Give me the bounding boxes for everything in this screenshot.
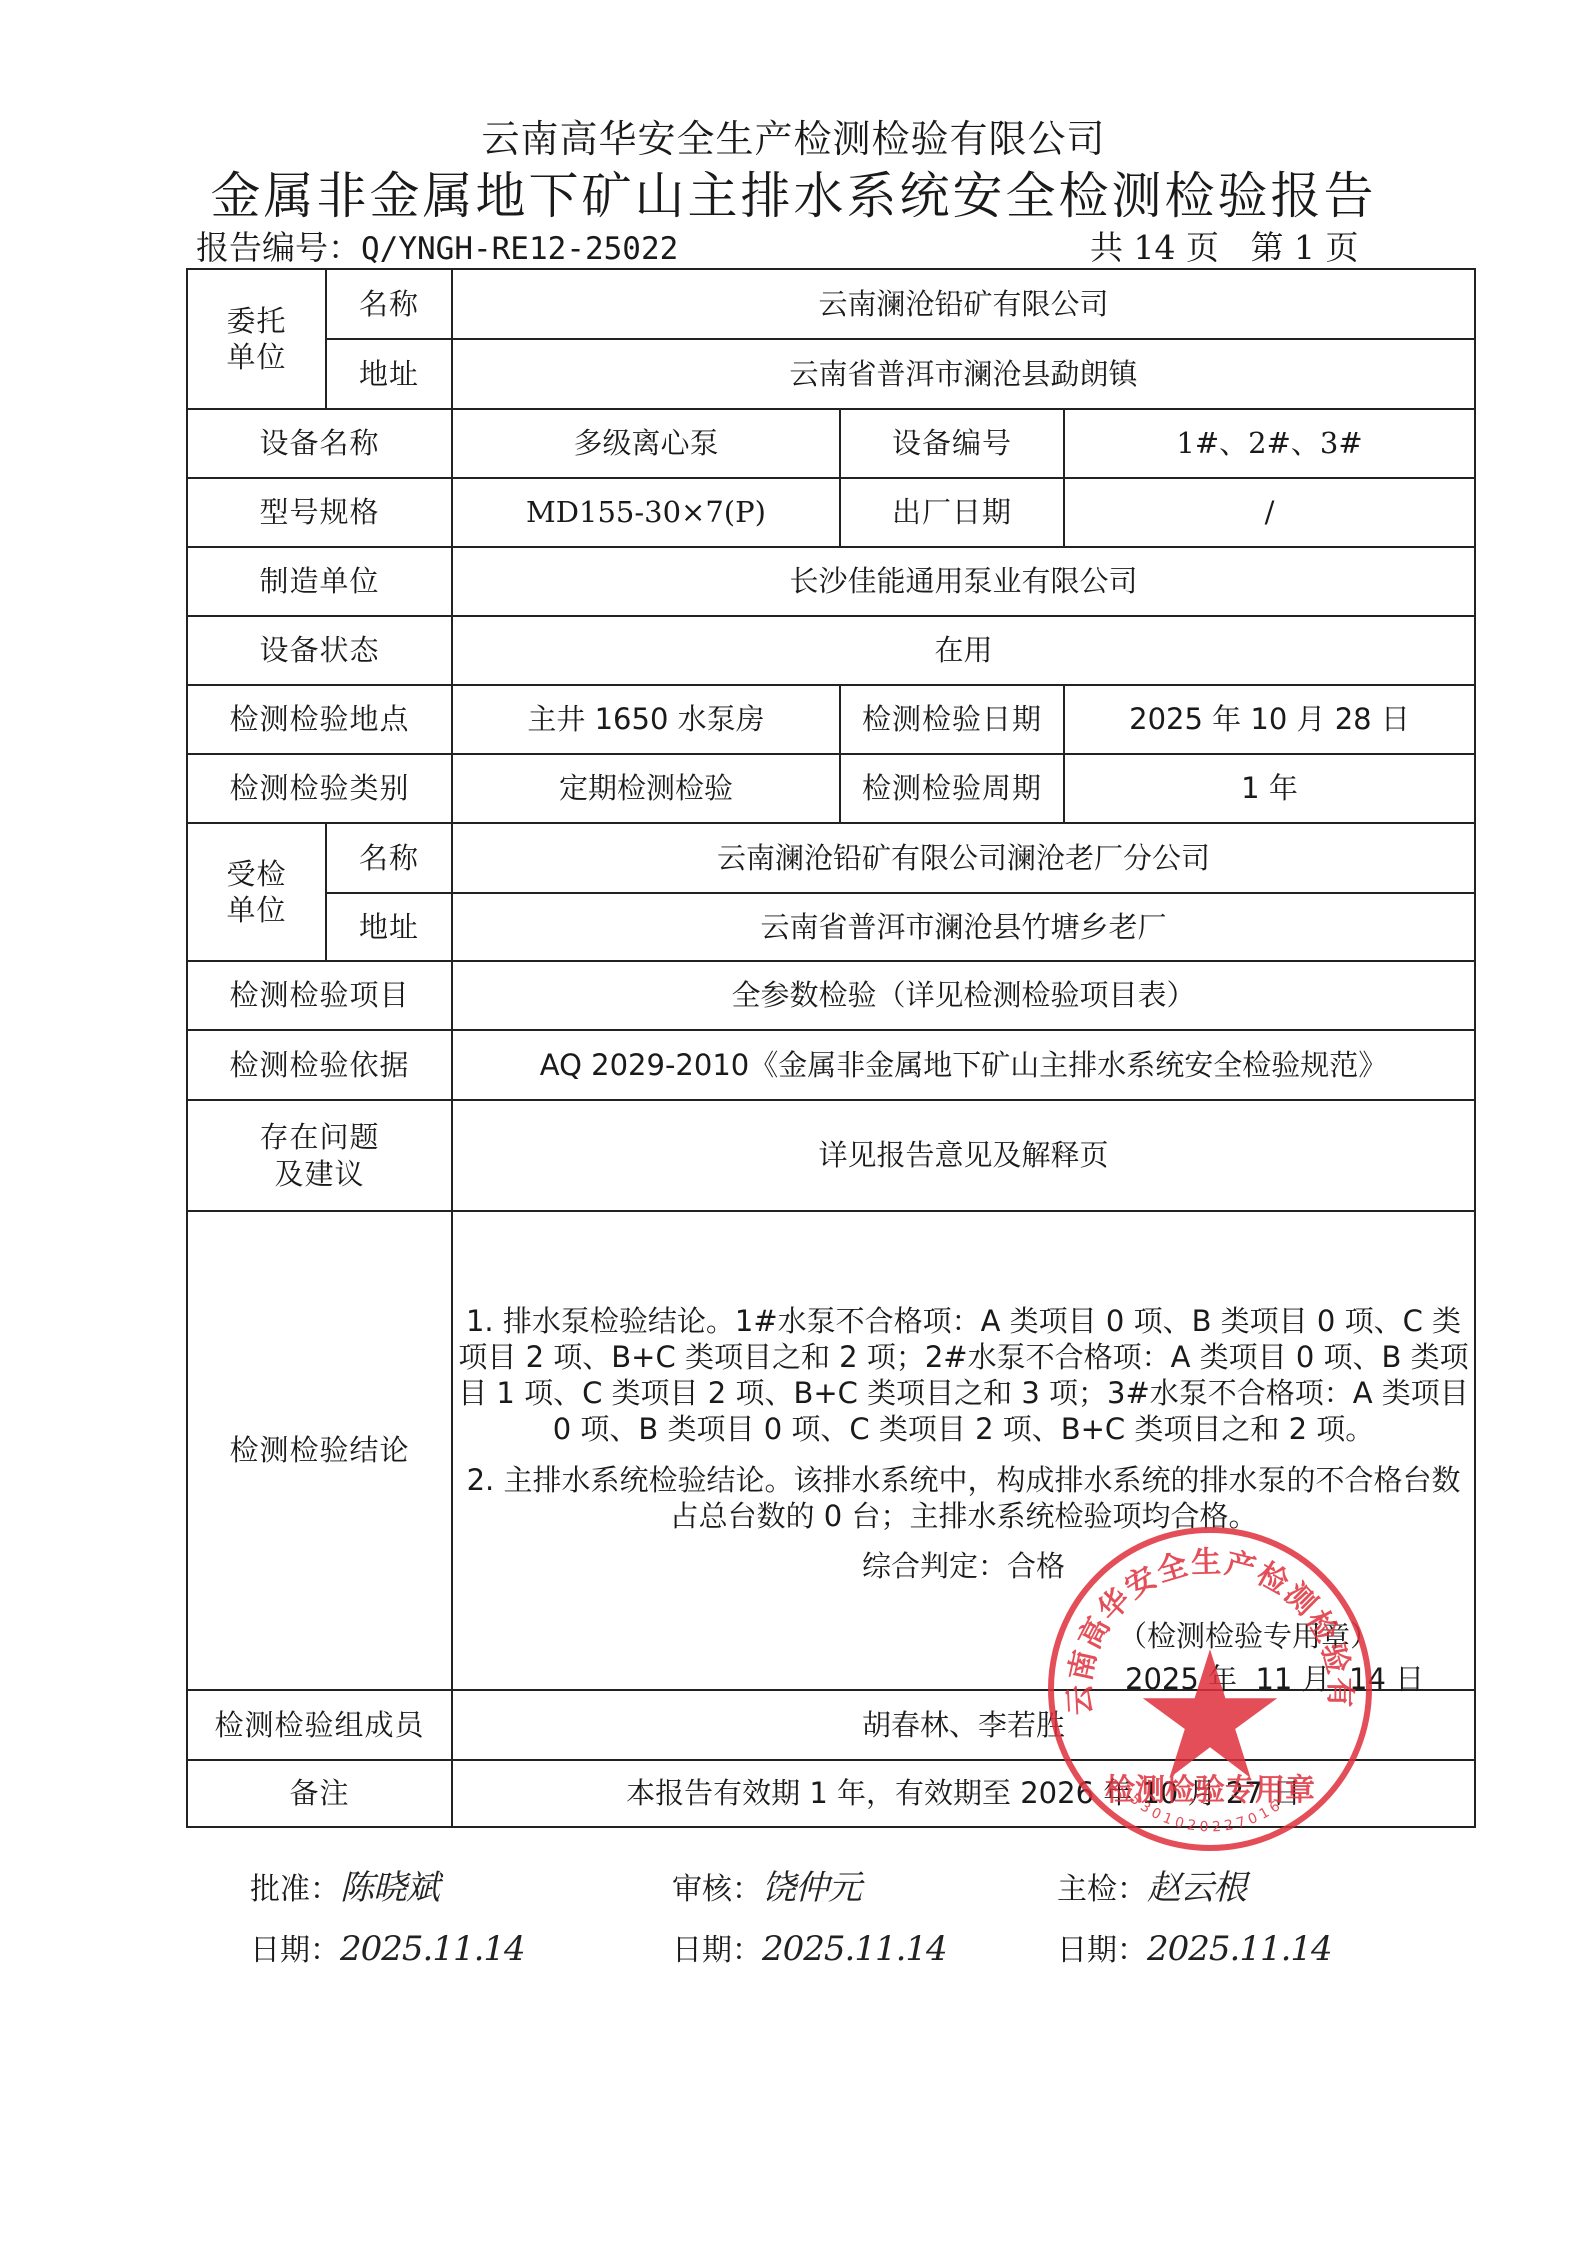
inspection-items: 全参数检验（详见检测检验项目表） xyxy=(452,961,1475,1030)
page-indicator: 共 14 页 第 1 页 xyxy=(1090,222,1358,269)
chief-signature: 主检：赵云根 xyxy=(1057,1860,1246,1909)
chief-date-row: 日期：2025.11.14 xyxy=(1057,1925,1332,1969)
client-address-label: 地址 xyxy=(326,339,452,409)
equipment-status: 在用 xyxy=(452,616,1475,685)
client-group-label: 委托单位 xyxy=(187,269,326,409)
issues-label: 存在问题及建议 xyxy=(187,1100,452,1211)
basis-label: 检测检验依据 xyxy=(187,1030,452,1100)
approve-date-label: 日期： xyxy=(250,1933,340,1968)
inspection-site-label: 检测检验地点 xyxy=(187,685,452,754)
chief-date-label: 日期： xyxy=(1057,1933,1147,1968)
team-label: 检测检验组成员 xyxy=(187,1690,452,1760)
model-label: 型号规格 xyxy=(187,478,452,547)
equipment-no-label: 设备编号 xyxy=(840,409,1064,478)
review-label: 审核： xyxy=(672,1872,762,1907)
report-number: 报告编号：Q/YNGH-RE12-25022 xyxy=(196,222,678,269)
stamp-date: 2025 年 11 月 14 日 xyxy=(1125,1657,1424,1698)
remark: 本报告有效期 1 年，有效期至 2026 年 10 月 27 日 xyxy=(452,1760,1475,1827)
status-label: 设备状态 xyxy=(187,616,452,685)
inspected-group-label: 受检单位 xyxy=(187,823,326,961)
total-pages-suffix: 页 xyxy=(1186,228,1219,267)
inspection-basis: AQ 2029-2010《金属非金属地下矿山主排水系统安全检验规范》 xyxy=(452,1030,1475,1100)
equipment-no: 1#、2#、3# xyxy=(1064,409,1475,478)
inspected-address: 云南省普洱市澜沧县竹塘乡老厂 xyxy=(452,893,1475,961)
approve-date-row: 日期：2025.11.14 xyxy=(250,1925,525,1969)
items-label: 检测检验项目 xyxy=(187,961,452,1030)
manufacturer-label: 制造单位 xyxy=(187,547,452,616)
equipment-name: 多级离心泵 xyxy=(452,409,840,478)
equipment-name-label: 设备名称 xyxy=(187,409,452,478)
approve-signature: 批准：陈晓斌 xyxy=(250,1860,439,1909)
review-date-label: 日期： xyxy=(672,1933,762,1968)
total-pages: 14 xyxy=(1134,228,1176,267)
review-signature: 审核：饶仲元 xyxy=(672,1860,861,1909)
current-page-prefix: 第 xyxy=(1250,228,1283,267)
inspected-name-label: 名称 xyxy=(326,823,452,893)
review-date: 2025.11.14 xyxy=(762,1929,947,1969)
company-name: 云南高华安全生产检测检验有限公司 xyxy=(0,108,1587,163)
manufacture-date-label: 出厂日期 xyxy=(840,478,1064,547)
model-spec: MD155-30×7(P) xyxy=(452,478,840,547)
client-address: 云南省普洱市澜沧县勐朗镇 xyxy=(452,339,1475,409)
review-date-row: 日期：2025.11.14 xyxy=(672,1925,947,1969)
inspection-cycle: 1 年 xyxy=(1064,754,1475,823)
approve-date: 2025.11.14 xyxy=(340,1929,525,1969)
report-number-label: 报告编号： xyxy=(196,228,361,267)
inspection-date: 2025 年 10 月 28 日 xyxy=(1064,685,1475,754)
chief-date: 2025.11.14 xyxy=(1147,1929,1332,1969)
client-name-label: 名称 xyxy=(326,269,452,339)
overall-judgement: 综合判定：合格 xyxy=(453,1548,1474,1584)
inspection-cycle-label: 检测检验周期 xyxy=(840,754,1064,823)
report-table: 委托单位 名称 云南澜沧铅矿有限公司 地址 云南省普洱市澜沧县勐朗镇 设备名称 … xyxy=(186,268,1476,1828)
inspection-site: 主井 1650 水泵房 xyxy=(452,685,840,754)
chief-label: 主检： xyxy=(1057,1872,1147,1907)
chief-signature-name: 赵云根 xyxy=(1147,1868,1246,1908)
inspection-date-label: 检测检验日期 xyxy=(840,685,1064,754)
manufacturer: 长沙佳能通用泵业有限公司 xyxy=(452,547,1475,616)
remark-label: 备注 xyxy=(187,1760,452,1827)
client-name: 云南澜沧铅矿有限公司 xyxy=(452,269,1475,339)
current-page-suffix: 页 xyxy=(1325,228,1358,267)
inspected-address-label: 地址 xyxy=(326,893,452,961)
stamp-note: （检测检验专用章） xyxy=(1118,1614,1379,1655)
approve-signature-name: 陈晓斌 xyxy=(340,1868,439,1908)
conclusion-system: 2. 主排水系统检验结论。该排水系统中，构成排水系统的排水泵的不合格台数占总台数… xyxy=(453,1462,1474,1535)
current-page: 1 xyxy=(1294,228,1315,267)
inspection-team: 胡春林、李若胜 xyxy=(452,1690,1475,1760)
conclusion-pump: 1. 排水泵检验结论。1#水泵不合格项：A 类项目 0 项、B 类项目 0 项、… xyxy=(453,1303,1474,1448)
issues-and-suggestions: 详见报告意见及解释页 xyxy=(452,1100,1475,1211)
inspected-name: 云南澜沧铅矿有限公司澜沧老厂分公司 xyxy=(452,823,1475,893)
conclusion-label: 检测检验结论 xyxy=(187,1211,452,1690)
manufacture-date: / xyxy=(1064,478,1475,547)
review-signature-name: 饶仲元 xyxy=(762,1868,861,1908)
approve-label: 批准： xyxy=(250,1872,340,1907)
inspection-type-label: 检测检验类别 xyxy=(187,754,452,823)
report-number-value: Q/YNGH-RE12-25022 xyxy=(361,231,678,267)
report-title: 金属非金属地下矿山主排水系统安全检测检验报告 xyxy=(0,156,1587,228)
inspection-type: 定期检测检验 xyxy=(452,754,840,823)
total-pages-prefix: 共 xyxy=(1090,228,1123,267)
